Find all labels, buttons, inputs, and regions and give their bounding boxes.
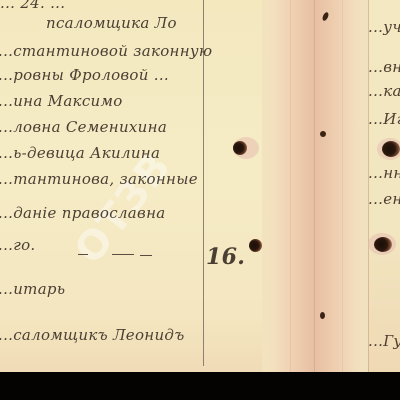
handwriting-line: ...тантинова, законные: [0, 170, 198, 188]
binding-hole: [382, 141, 400, 157]
handwriting-line: ... 24. ...: [0, 0, 65, 12]
paper-speck: [320, 312, 325, 319]
entry-number: 16.: [206, 244, 245, 270]
handwriting-line: ...ловна Семенихина: [0, 118, 167, 136]
handwriting-line: ...го.: [0, 236, 35, 254]
fold-crease: [290, 0, 291, 372]
handwriting-fragment: ...Гур: [368, 332, 400, 350]
handwriting-line: ...итарь: [0, 280, 65, 298]
handwriting-fragment: ...ени: [368, 190, 400, 208]
fold-crease: [314, 0, 315, 372]
handwriting-fragment: ...ка: [368, 82, 400, 100]
handwriting-fragment: ...уч: [368, 18, 400, 36]
handwriting-fragment: ...вну: [368, 58, 400, 76]
binding-hole: [249, 239, 262, 252]
binding-hole: [374, 237, 392, 252]
handwriting-line: ...ровны Фроловой ...: [0, 66, 169, 84]
handwriting-line: ...саломщикъ Леонидъ: [0, 326, 185, 344]
fold-crease: [342, 0, 343, 372]
binding-hole: [233, 141, 247, 155]
paper-speck: [320, 131, 326, 137]
handwriting-line: ...ь-девица Акилина: [0, 144, 160, 162]
document-photo: ОТЗВ ... 24. ... псаломщика Ло ...станти…: [0, 0, 400, 400]
handwriting-line: псаломщика Ло: [46, 14, 177, 32]
handwriting-fragment: ...Иг: [368, 110, 400, 128]
dash-mark: [140, 255, 152, 256]
handwriting-line: ...даніе православна: [0, 204, 166, 222]
dash-mark: [78, 254, 88, 255]
dash-mark: [112, 254, 134, 255]
handwriting-line: ...ина Максимо: [0, 92, 123, 110]
handwriting-line: ...стантиновой законную: [0, 42, 212, 60]
right-page: [368, 0, 400, 372]
binding-fold: [262, 0, 370, 372]
handwriting-fragment: ...нне: [368, 164, 400, 182]
scan-border: [0, 372, 400, 400]
